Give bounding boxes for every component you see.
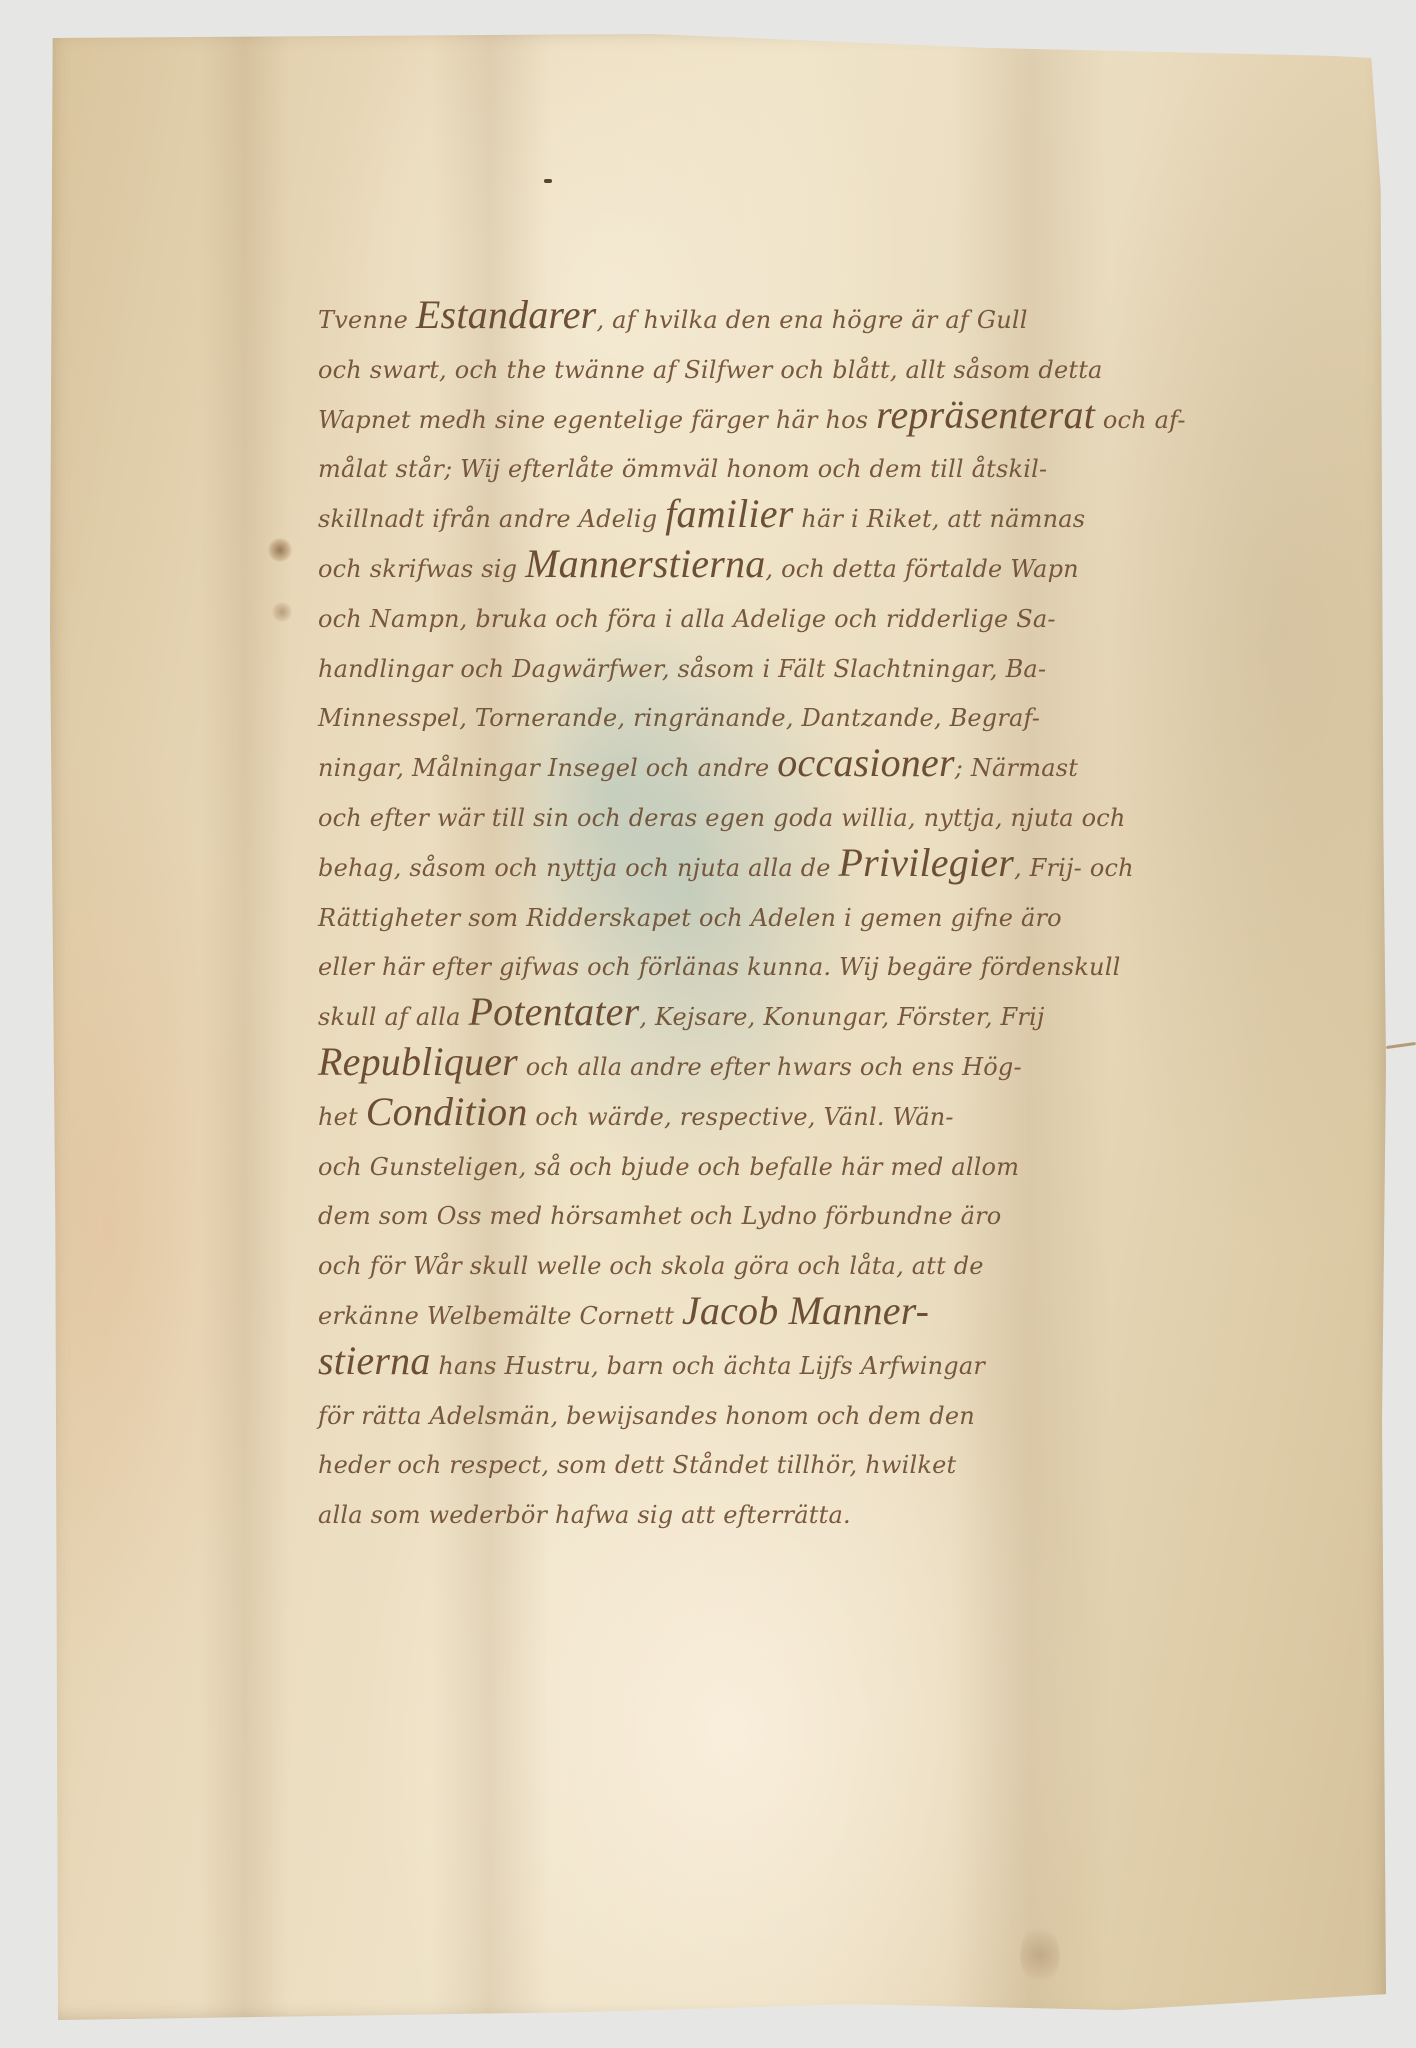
manuscript-line: Tvenne Estandarer, af hvilka den ena hög… (318, 290, 1318, 340)
manuscript-line: och efter wär till sin och deras egen go… (318, 788, 1318, 838)
ink-stain (268, 538, 292, 562)
manuscript-line: och Nampn, bruka och föra i alla Adelige… (318, 589, 1318, 639)
manuscript-line: Rättigheter som Ridderskapet och Adelen … (318, 888, 1318, 938)
scanned-page: Tvenne Estandarer, af hvilka den ena hög… (0, 0, 1416, 2048)
ink-stain (272, 602, 292, 622)
manuscript-line: skull af alla Potentater, Kejsare, Konun… (318, 987, 1318, 1037)
manuscript-line: målat står; Wij efterlåte ömmväl honom o… (318, 439, 1318, 489)
manuscript-line: skillnadt ifrån andre Adelig familier hä… (318, 489, 1318, 539)
manuscript-line: behag, såsom och nyttja och njuta alla d… (318, 838, 1318, 888)
manuscript-line: dem som Oss med hörsamhet och Lydno förb… (318, 1186, 1318, 1236)
manuscript-line: het Condition och wärde, respective, Vän… (318, 1087, 1318, 1137)
binding-thread (1386, 1042, 1416, 1049)
manuscript-line: och för Wår skull welle och skola göra o… (318, 1236, 1318, 1286)
manuscript-line: stierna hans Hustru, barn och ächta Lijf… (318, 1336, 1318, 1386)
manuscript-line: och swart, och the twänne af Silfwer och… (318, 340, 1318, 390)
ink-speck (544, 179, 552, 183)
manuscript-text: Tvenne Estandarer, af hvilka den ena hög… (318, 290, 1318, 1535)
manuscript-line: heder och respect, som dett Ståndet till… (318, 1435, 1318, 1485)
manuscript-line: och skrifwas sig Mannerstierna, och dett… (318, 539, 1318, 589)
manuscript-line: Minnesspel, Tornerande, ringränande, Dan… (318, 688, 1318, 738)
manuscript-line: ningar, Målningar Insegel och andre occa… (318, 738, 1318, 788)
manuscript-line: Wapnet medh sine egentelige färger här h… (318, 390, 1318, 440)
manuscript-line: handlingar och Dagwärfwer, såsom i Fält … (318, 639, 1318, 689)
water-stain (1020, 1925, 1060, 1985)
fold-crease (200, 30, 290, 2020)
manuscript-line: för rätta Adelsmän, bewijsandes honom oc… (318, 1386, 1318, 1436)
manuscript-line: erkänne Welbemälte Cornett Jacob Manner- (318, 1286, 1318, 1336)
manuscript-line: eller här efter gifwas och förlänas kunn… (318, 937, 1318, 987)
manuscript-line: och Gunsteligen, så och bjude och befall… (318, 1137, 1318, 1187)
manuscript-line: Republiquer och alla andre efter hwars o… (318, 1037, 1318, 1087)
manuscript-line: alla som wederbör hafwa sig att efterrät… (318, 1485, 1318, 1535)
